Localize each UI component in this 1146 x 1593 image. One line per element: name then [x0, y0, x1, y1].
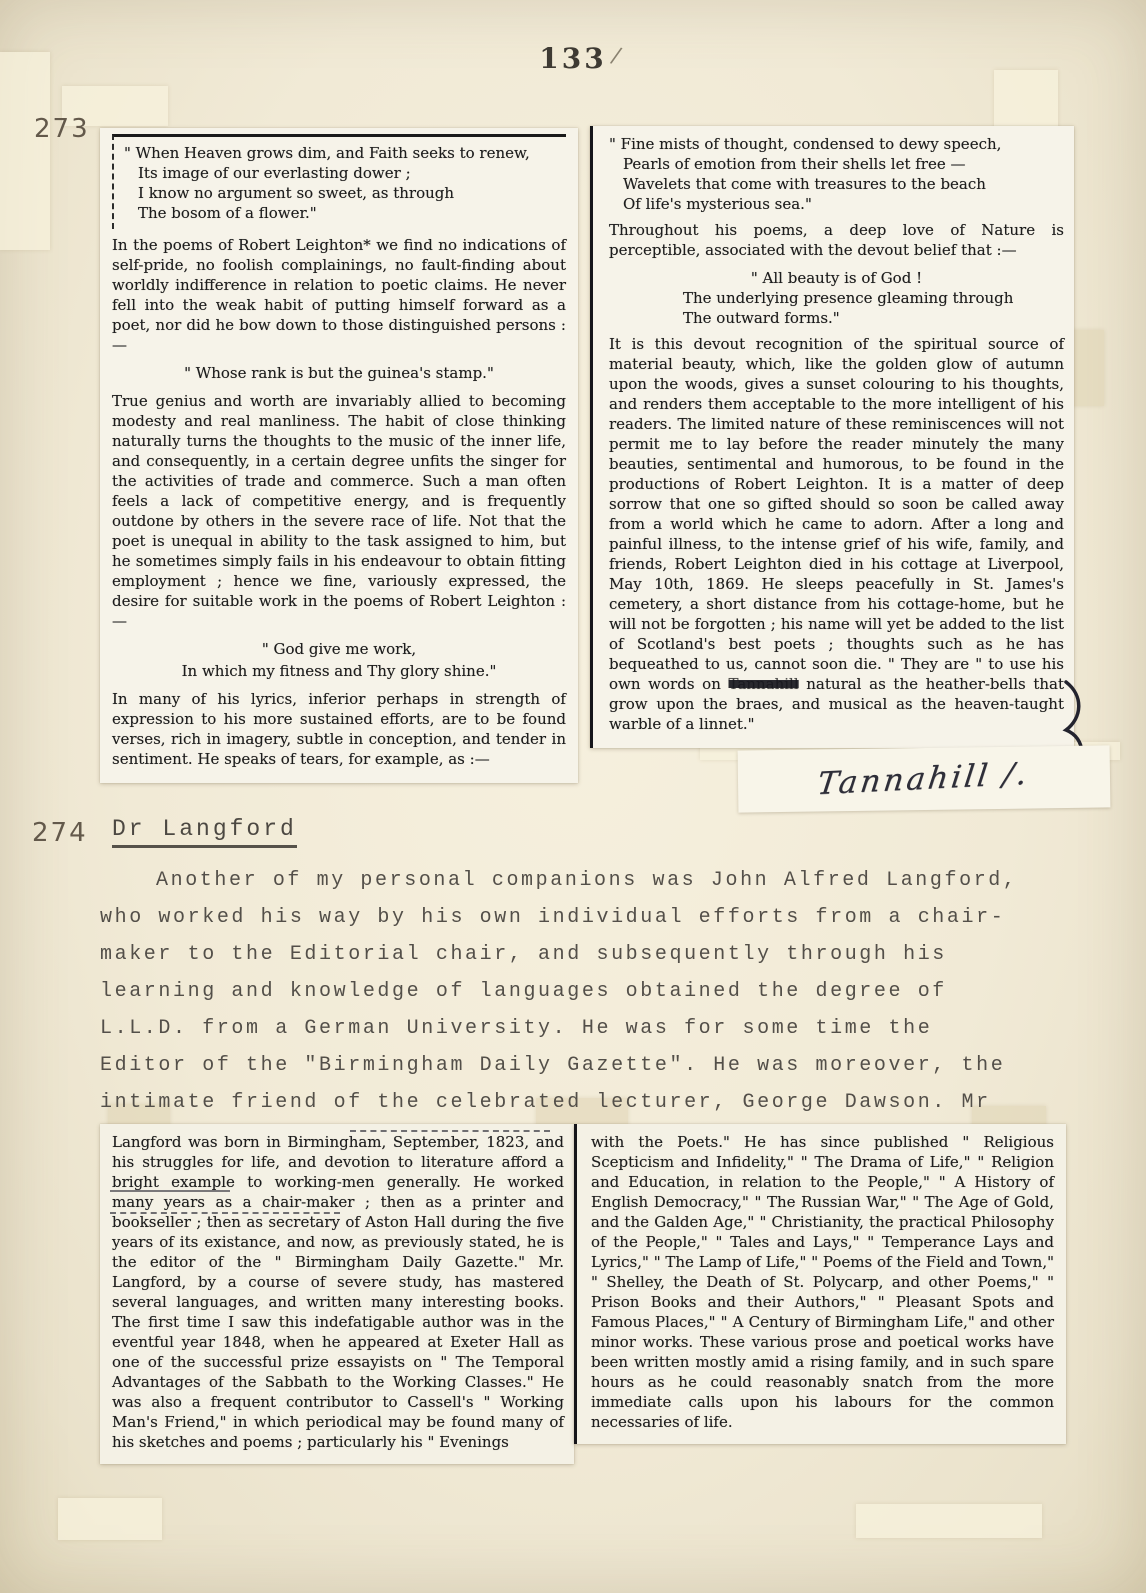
- paragraph: Throughout his poems, a deep love of Nat…: [609, 220, 1064, 260]
- paragraph-text: It is this devout recognition of the spi…: [609, 335, 1064, 693]
- paragraph: In the poems of Robert Leighton* we find…: [112, 235, 566, 355]
- page-number-text: 133: [539, 42, 606, 75]
- poem-line: " When Heaven grows dim, and Faith seeks…: [124, 143, 562, 163]
- verse-quote: " All beauty is of God !: [609, 268, 1064, 288]
- paragraph: It is this devout recognition of the spi…: [609, 334, 1064, 734]
- tape-mark: [856, 1504, 1042, 1538]
- section-heading-dr-langford: Dr Langford: [112, 816, 297, 848]
- page-number: 133 /: [539, 42, 606, 75]
- clipping-leighton-left-column: " When Heaven grows dim, and Faith seeks…: [100, 128, 578, 783]
- verse-quote: " Whose rank is but the guinea's stamp.": [112, 363, 566, 383]
- typed-paragraph: Another of my personal companions was Jo…: [100, 862, 1120, 1121]
- typed-line: maker to the Editorial chair, and subseq…: [100, 936, 1120, 973]
- typed-line: Another of my personal companions was Jo…: [100, 862, 1120, 899]
- pen-stroke: /: [609, 43, 627, 70]
- tape-mark: [0, 52, 50, 250]
- margin-number-274: 274: [32, 818, 88, 848]
- paragraph: Langford was born in Birmingham, Septemb…: [112, 1132, 564, 1452]
- poem-line: Its image of our everlasting dower ;: [124, 163, 562, 183]
- tape-mark: [994, 70, 1058, 130]
- verse-quote: The outward forms.": [609, 308, 1064, 328]
- scrapbook-page: 133 / 273 274 " When Heaven grows dim, a…: [0, 0, 1146, 1593]
- verse-quote: The underlying presence gleaming through: [609, 288, 1064, 308]
- typed-line: L.L.D. from a German University. He was …: [100, 1010, 1120, 1047]
- paragraph: True genius and worth are invariably all…: [112, 391, 566, 631]
- poem-box: " When Heaven grows dim, and Faith seeks…: [112, 134, 566, 229]
- poem-line: Wavelets that come with treasures to the…: [609, 174, 1064, 194]
- typed-line: Editor of the "Birmingham Daily Gazette"…: [100, 1047, 1120, 1084]
- typed-line: who worked his way by his own individual…: [100, 899, 1120, 936]
- poem-line: I know no argument so sweet, as through: [124, 183, 562, 203]
- pen-mark: [350, 1130, 550, 1132]
- poem-line: The bosom of a flower.": [124, 203, 562, 223]
- pen-mark: [110, 1212, 340, 1214]
- signature-slip: Tannahill /.: [738, 745, 1111, 812]
- clipping-leighton-right-column: " Fine mists of thought, condensed to de…: [590, 126, 1074, 748]
- typed-line: intimate friend of the celebrated lectur…: [100, 1084, 1120, 1121]
- verse-quote: In which my fitness and Thy glory shine.…: [112, 661, 566, 681]
- poem-line: Pearls of emotion from their shells let …: [609, 154, 1064, 174]
- poem-line: " Fine mists of thought, condensed to de…: [609, 134, 1064, 154]
- paragraph: In many of his lyrics, inferior perhaps …: [112, 689, 566, 769]
- typed-line: learning and knowledge of languages obta…: [100, 973, 1120, 1010]
- handwritten-signature: Tannahill /.: [816, 756, 1033, 802]
- clipping-langford-left-column: Langford was born in Birmingham, Septemb…: [100, 1124, 574, 1464]
- struck-out-word: Tannahill: [729, 675, 799, 693]
- poem-line: Of life's mysterious sea.": [609, 194, 1064, 214]
- tape-mark: [58, 1498, 162, 1540]
- margin-number-273: 273: [34, 114, 90, 144]
- clipping-langford-right-column: with the Poets." He has since published …: [574, 1124, 1066, 1444]
- verse-quote: " God give me work,: [112, 639, 566, 659]
- pen-mark: [110, 1190, 230, 1192]
- paragraph: with the Poets." He has since published …: [591, 1132, 1054, 1432]
